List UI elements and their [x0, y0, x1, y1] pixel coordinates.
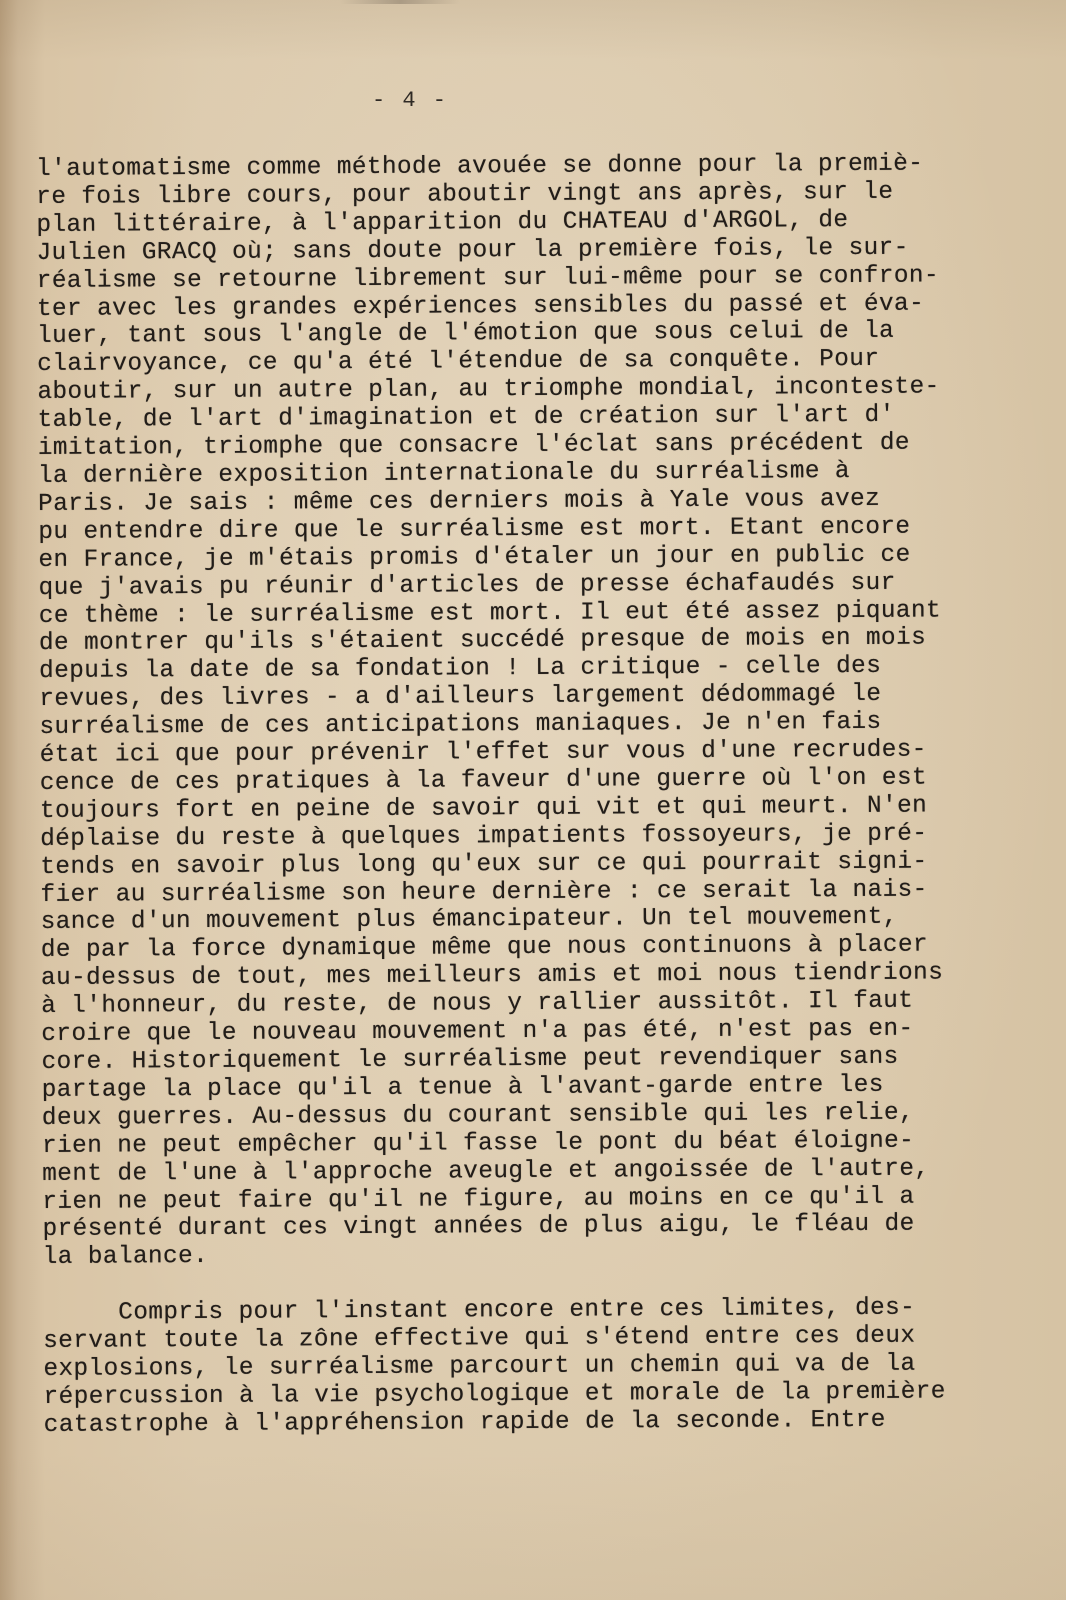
- paragraph-1: l'automatisme comme méthode avouée se do…: [36, 150, 1053, 1272]
- typewritten-page: - 4 - l'automatisme comme méthode avouée…: [0, 0, 1066, 1600]
- text-line: catastrophe à l'appréhension rapide de l…: [44, 1406, 1054, 1440]
- paragraph-2: Compris pour l'instant encore entre ces …: [43, 1294, 1054, 1440]
- page-top-edge-shadow: [340, 0, 460, 4]
- body-text: l'automatisme comme méthode avouée se do…: [36, 150, 1054, 1440]
- page-number: - 4 -: [372, 88, 448, 113]
